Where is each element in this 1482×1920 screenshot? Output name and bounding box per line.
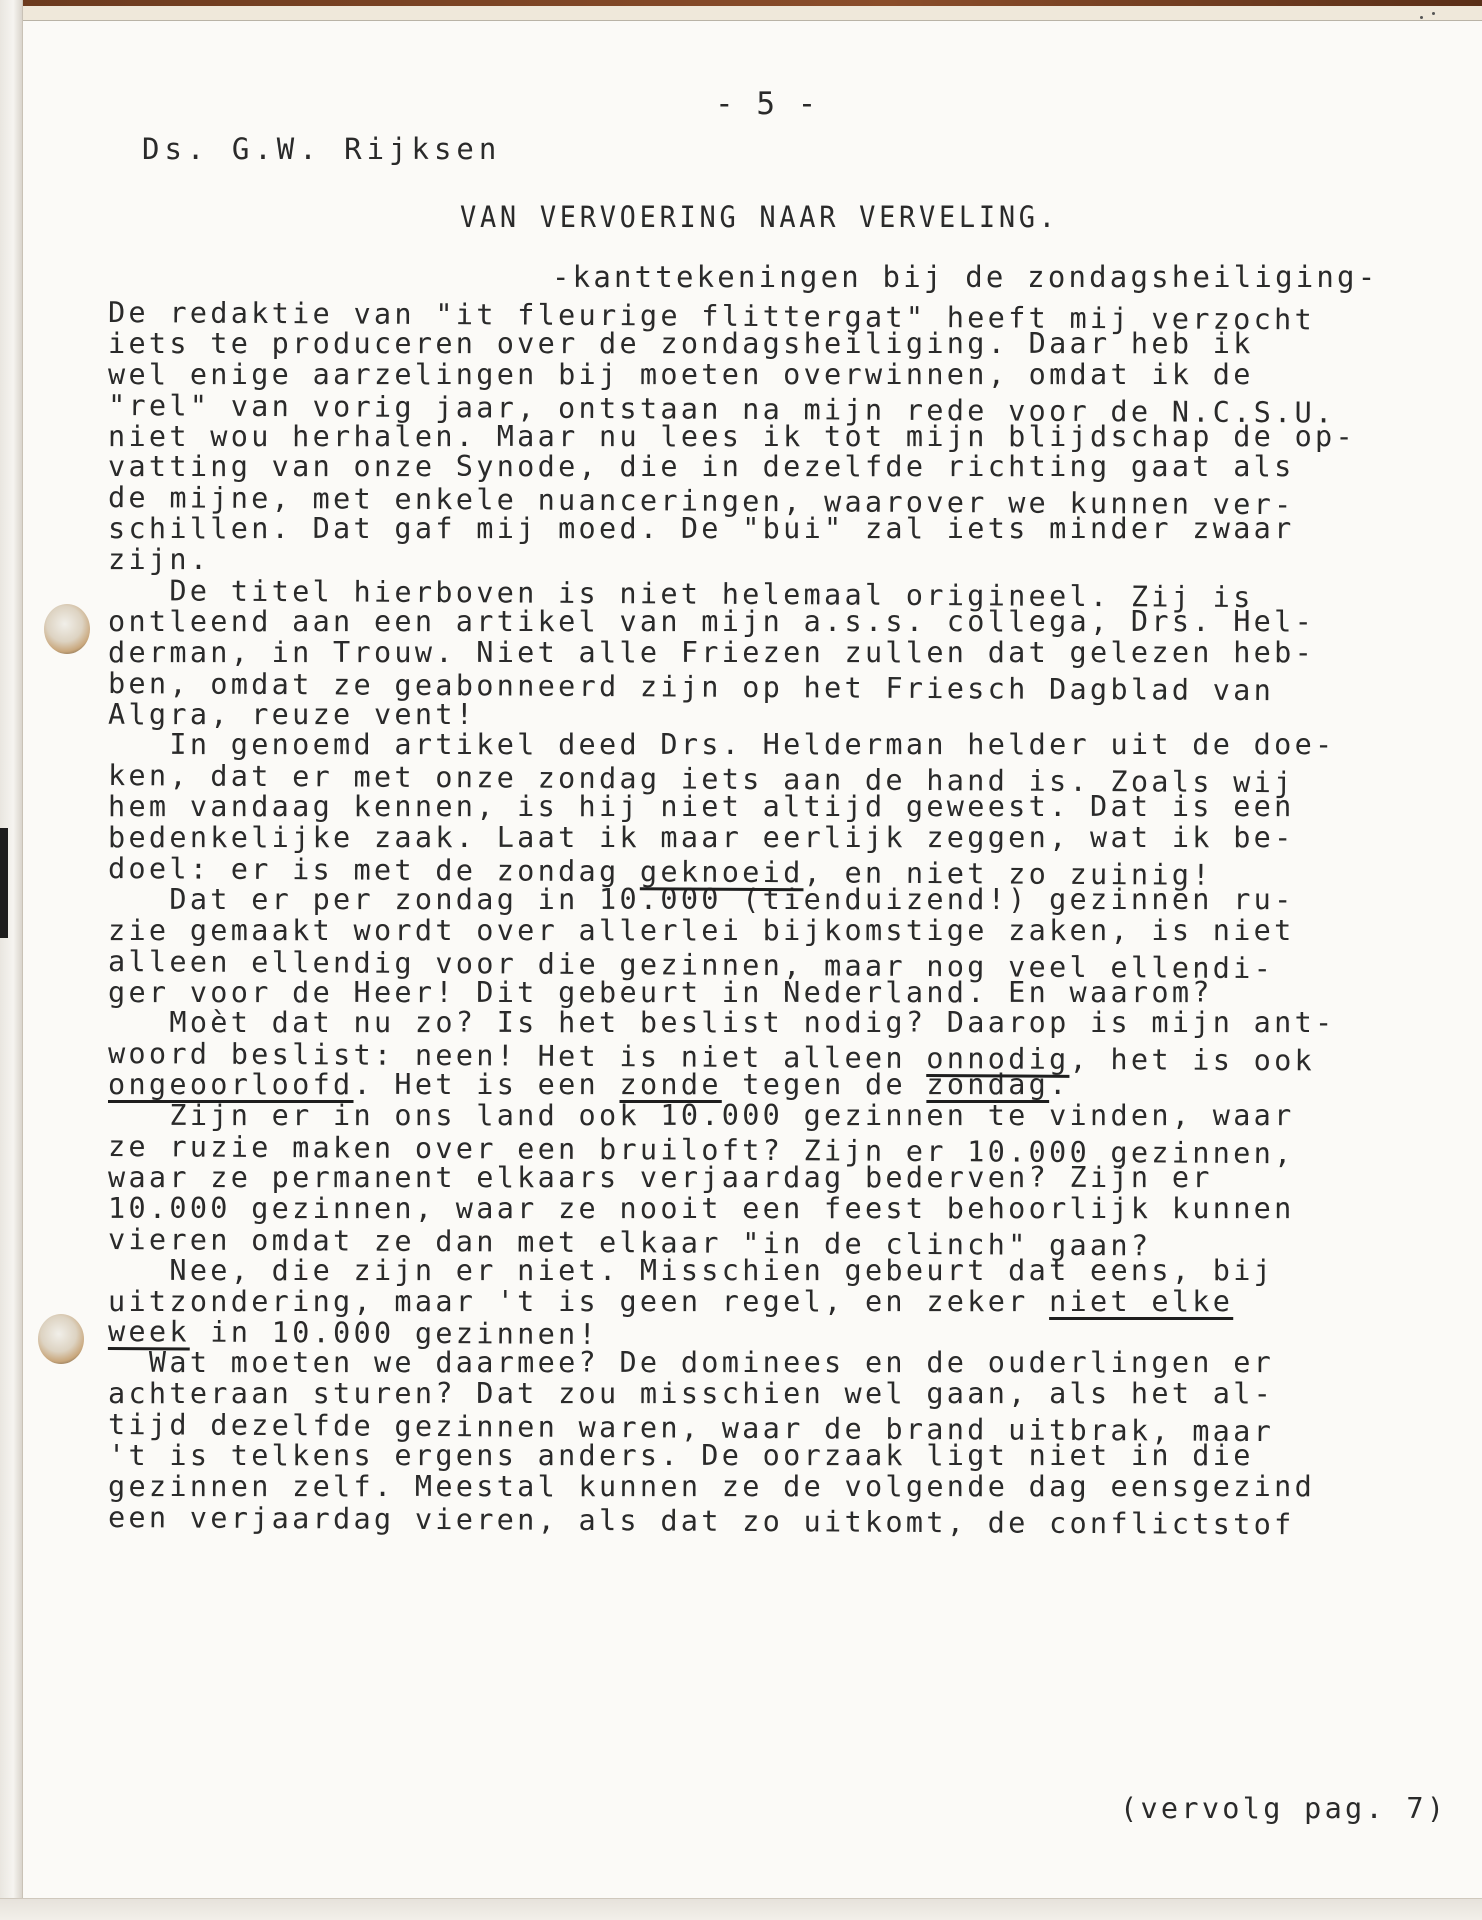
text-segment: ben, omdat ze geabonneerd zijn op het Fr… (108, 667, 1274, 707)
text-segment: In genoemd artikel deed Drs. Helderman h… (108, 728, 1336, 761)
text-segment: alleen ellendig voor die gezinnen, maar … (108, 945, 1274, 985)
scan-top-strip (0, 6, 1482, 21)
text-segment: gezinnen zelf. Meestal kunnen ze de volg… (108, 1470, 1315, 1503)
underlined-emphasis: week (108, 1315, 190, 1348)
text-segment: achteraan sturen? Dat zou misschien wel … (108, 1377, 1274, 1410)
text-line: zie gemaakt wordt over allerlei bijkomst… (108, 916, 1478, 947)
text-line: uitzondering, maar 't is geen regel, en … (108, 1287, 1478, 1318)
text-segment: . Het is een (354, 1068, 620, 1101)
text-segment: 10.000 gezinnen, waar ze nooit een feest… (108, 1192, 1295, 1225)
article-title: VAN VERVOERING NAAR VERVELING. (460, 200, 1059, 234)
dust-speck (1432, 12, 1435, 15)
text-line: bedenkelijke zaak. Laat ik maar eerlijk … (108, 823, 1478, 854)
text-line: Moèt dat nu zo? Is het beslist nodig? Da… (108, 1008, 1478, 1039)
text-segment: woord beslist: neen! Het is niet alleen (108, 1037, 927, 1075)
text-segment: Moèt dat nu zo? Is het beslist nodig? Da… (108, 1006, 1336, 1039)
text-line: Zijn er in ons land ook 10.000 gezinnen … (108, 1101, 1478, 1132)
underlined-emphasis: niet elke (1049, 1285, 1233, 1318)
text-segment: uitzondering, maar 't is geen regel, en … (108, 1285, 1049, 1318)
text-segment: "rel" van vorig jaar, ontstaan na mijn r… (108, 389, 1336, 429)
text-segment: , het is ook (1069, 1043, 1315, 1077)
text-line: wel enige aarzelingen bij moeten overwin… (108, 360, 1478, 391)
underlined-emphasis: geknoeid (640, 855, 804, 889)
article-body: De redaktie van "it fleurige flittergat"… (108, 298, 1478, 1534)
underlined-emphasis: onnodig (926, 1042, 1069, 1076)
text-segment: zie gemaakt wordt over allerlei bijkomst… (108, 914, 1295, 947)
text-line: In genoemd artikel deed Drs. Helderman h… (108, 730, 1478, 761)
text-line: 10.000 gezinnen, waar ze nooit een feest… (108, 1194, 1478, 1225)
text-segment: derman, in Trouw. Niet alle Friezen zull… (108, 636, 1315, 669)
text-segment: een verjaardag vieren, als dat zo uitkom… (108, 1501, 1295, 1541)
author: Ds. G.W. Rijksen (142, 132, 501, 166)
underlined-emphasis: ongeoorloofd (108, 1068, 354, 1101)
binding-staple-shadow (0, 828, 8, 938)
article-subtitle: -kanttekeningen bij de zondagsheiliging- (552, 260, 1378, 294)
text-segment: vieren omdat ze dan met elkaar "in de cl… (108, 1223, 1152, 1262)
text-line: vatting van onze Synode, die in dezelfde… (108, 452, 1478, 483)
text-segment: Zijn er in ons land ook 10.000 gezinnen … (108, 1099, 1295, 1132)
continued-note: (vervolg pag. 7) (1120, 1792, 1447, 1825)
page-number: - 5 - (715, 86, 818, 122)
binding-edge (0, 0, 23, 1920)
text-segment: in 10.000 gezinnen! (190, 1316, 599, 1351)
scan-bottom-edge (0, 1898, 1482, 1920)
text-segment: vatting van onze Synode, die in dezelfde… (108, 450, 1295, 483)
text-line: achteraan sturen? Dat zou misschien wel … (108, 1379, 1478, 1410)
text-line: zijn. (108, 545, 1478, 576)
punch-hole-icon (44, 604, 90, 654)
text-segment: bedenkelijke zaak. Laat ik maar eerlijk … (108, 821, 1295, 854)
text-segment: De titel hierboven is niet helemaal orig… (108, 574, 1254, 614)
dust-speck (1420, 16, 1423, 19)
text-line: gezinnen zelf. Meestal kunnen ze de volg… (108, 1472, 1478, 1503)
text-line: derman, in Trouw. Niet alle Friezen zull… (108, 638, 1478, 669)
text-segment: doel: er is met de zondag (108, 852, 640, 888)
text-segment: Algra, reuze vent! (108, 698, 476, 731)
text-segment: zijn. (108, 543, 210, 576)
punch-hole-icon (38, 1314, 84, 1364)
text-segment: , en niet zo zuinig! (803, 856, 1212, 891)
text-segment: wel enige aarzelingen bij moeten overwin… (108, 358, 1254, 391)
